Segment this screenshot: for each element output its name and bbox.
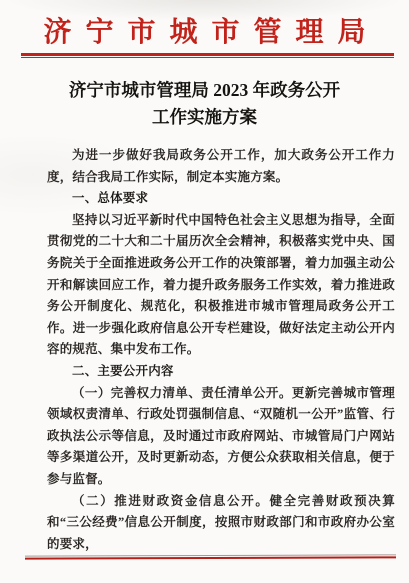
letterhead-divider-rule [21, 53, 394, 58]
document-title: 济宁市城市管理局 2023 年政务公开 工作实施方案 [0, 77, 409, 131]
document-body: 为进一步做好我局政务公开工作，加大政务公开工作力度，结合我局工作实际，制定本实施… [47, 145, 395, 555]
paragraph-item-2-fiscal-funds: （二）推进财政资金信息公开。健全完善财政预决算和“三公经费”信息公开制度，按照市… [47, 491, 395, 556]
section-heading-main-disclosure-content: 二、主要公开内容 [47, 361, 395, 383]
scanned-document-page: 济宁市城市管理局 济宁市城市管理局 2023 年政务公开 工作实施方案 为进一步… [0, 0, 409, 583]
letterhead-org-name: 济宁市城市管理局 [0, 16, 409, 50]
document-title-line2: 工作实施方案 [152, 107, 257, 127]
document-title-line1: 济宁市城市管理局 2023 年政务公开 [69, 80, 340, 100]
paragraph-general-requirements: 坚持以习近平新时代中国特色社会主义思想为指导，全面贯彻党的二十大和二十届历次全会… [47, 210, 395, 361]
footer-divider-rule [25, 554, 396, 559]
paragraph-intro: 为进一步做好我局政务公开工作，加大政务公开工作力度，结合我局工作实际，制定本实施… [47, 145, 395, 188]
section-heading-general-requirements: 一、总体要求 [47, 188, 395, 210]
paragraph-item-1-power-responsibility-lists: （一）完善权力清单、责任清单公开。更新完善城市管理领域权责清单、行政处罚强制信息… [47, 383, 395, 491]
